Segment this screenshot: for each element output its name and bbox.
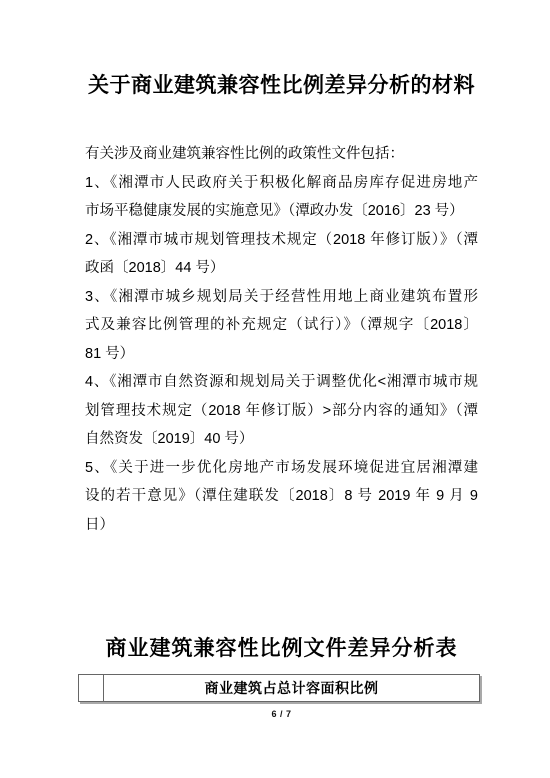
analysis-table: 商业建筑占总计容面积比例: [78, 674, 480, 702]
body-line: 2、《湘潭市城市规划管理技术规定（2018 年修订版）》（潭: [85, 226, 478, 255]
body-line: 日）: [85, 511, 478, 540]
document-title: 关于商业建筑兼容性比例差异分析的材料: [85, 74, 478, 98]
document-page: 关于商业建筑兼容性比例差异分析的材料 有关涉及商业建筑兼容性比例的政策性文件包括…: [0, 0, 550, 778]
table-header-row: 商业建筑占总计容面积比例: [79, 675, 480, 702]
document-body: 有关涉及商业建筑兼容性比例的政策性文件包括： 1、《湘潭市人民政府关于积极化解商…: [85, 140, 478, 539]
body-line: 3、《湘潭市城乡规划局关于经营性用地上商业建筑布置形: [85, 283, 478, 312]
body-line-intro: 有关涉及商业建筑兼容性比例的政策性文件包括：: [85, 140, 478, 169]
table-header-cell-ratio: 商业建筑占总计容面积比例: [104, 675, 480, 702]
table-header-cell-empty: [79, 675, 104, 702]
table-section-title: 商业建筑兼容性比例文件差异分析表: [85, 638, 478, 660]
body-line: 政函〔2018〕44 号）: [85, 254, 478, 283]
body-line: 81 号）: [85, 340, 478, 369]
body-line: 5、《关于进一步优化房地产市场发展环境促进宜居湘潭建: [85, 454, 478, 483]
page-number: 6 / 7: [85, 708, 478, 720]
body-line: 1、《湘潭市人民政府关于积极化解商品房库存促进房地产: [85, 169, 478, 198]
body-line: 自然资发〔2019〕40 号）: [85, 425, 478, 454]
body-line: 设的若干意见》（潭住建联发〔2018〕8 号 2019 年 9 月 9: [85, 482, 478, 511]
body-line: 市场平稳健康发展的实施意见》（潭政办发〔2016〕23 号）: [85, 197, 478, 226]
body-line: 划管理技术规定（2018 年修订版）>部分内容的通知》（潭: [85, 397, 478, 426]
body-line: 4、《湘潭市自然资源和规划局关于调整优化<湘潭市城市规: [85, 368, 478, 397]
body-line: 式及兼容比例管理的补充规定（试行）》（潭规字〔2018〕: [85, 311, 478, 340]
